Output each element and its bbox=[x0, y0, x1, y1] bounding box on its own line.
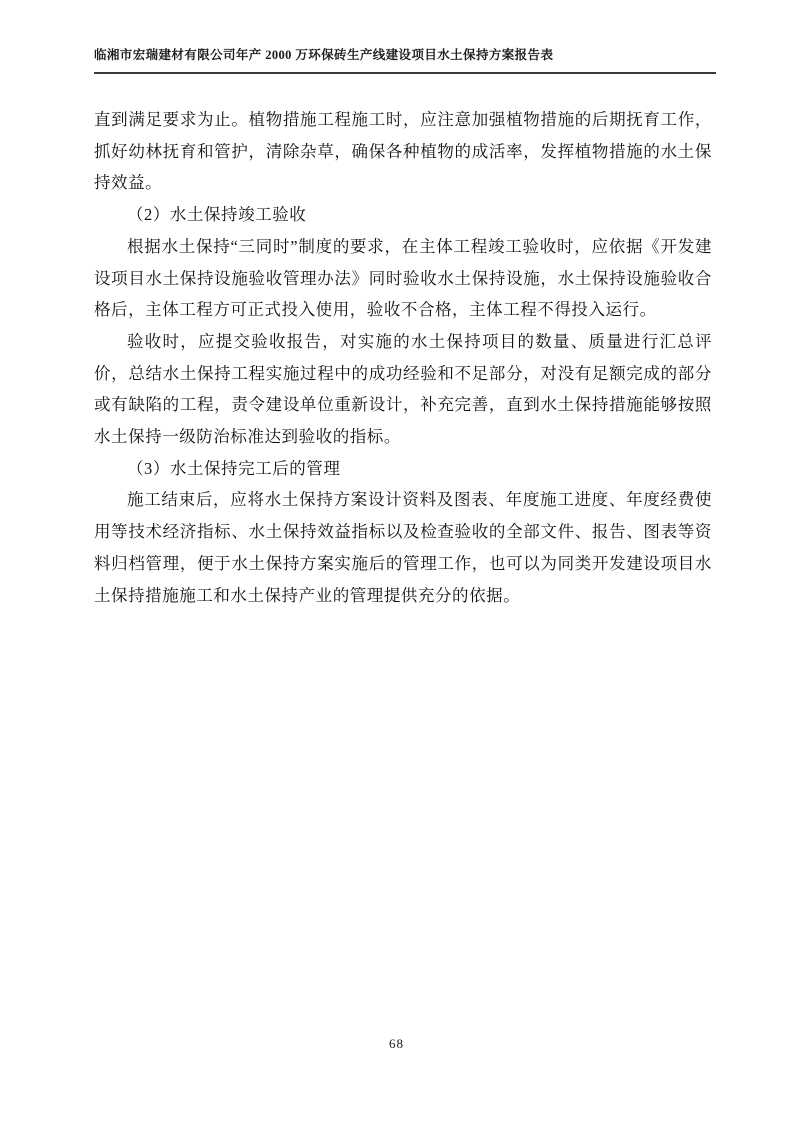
page-header: 临湘市宏瑞建材有限公司年产 2000 万环保砖生产线建设项目水土保持方案报告表 bbox=[94, 45, 716, 74]
paragraph-continuation: 直到满足要求为止。植物措施工程施工时，应注意加强植物措施的后期抚育工作，抓好幼林… bbox=[94, 104, 712, 199]
page-number: 68 bbox=[389, 1036, 404, 1051]
paragraph-post-completion: 施工结束后，应将水土保持方案设计资料及图表、年度施工进度、年度经费使用等技术经济… bbox=[94, 484, 712, 611]
section-heading-3: （3）水土保持完工后的管理 bbox=[94, 453, 712, 485]
header-title: 临湘市宏瑞建材有限公司年产 2000 万环保砖生产线建设项目水土保持方案报告表 bbox=[94, 45, 716, 63]
page-footer: 68 bbox=[0, 1035, 793, 1053]
document-body: 直到满足要求为止。植物措施工程施工时，应注意加强植物措施的后期抚育工作，抓好幼林… bbox=[94, 104, 712, 611]
paragraph-acceptance: 根据水土保持“三同时”制度的要求，在主体工程竣工验收时，应依据《开发建设项目水土… bbox=[94, 231, 712, 326]
section-heading-2: （2）水土保持竣工验收 bbox=[94, 199, 712, 231]
paragraph-acceptance-report: 验收时，应提交验收报告，对实施的水土保持项目的数量、质量进行汇总评价，总结水土保… bbox=[94, 326, 712, 453]
document-page: 临湘市宏瑞建材有限公司年产 2000 万环保砖生产线建设项目水土保持方案报告表 … bbox=[0, 0, 793, 1122]
